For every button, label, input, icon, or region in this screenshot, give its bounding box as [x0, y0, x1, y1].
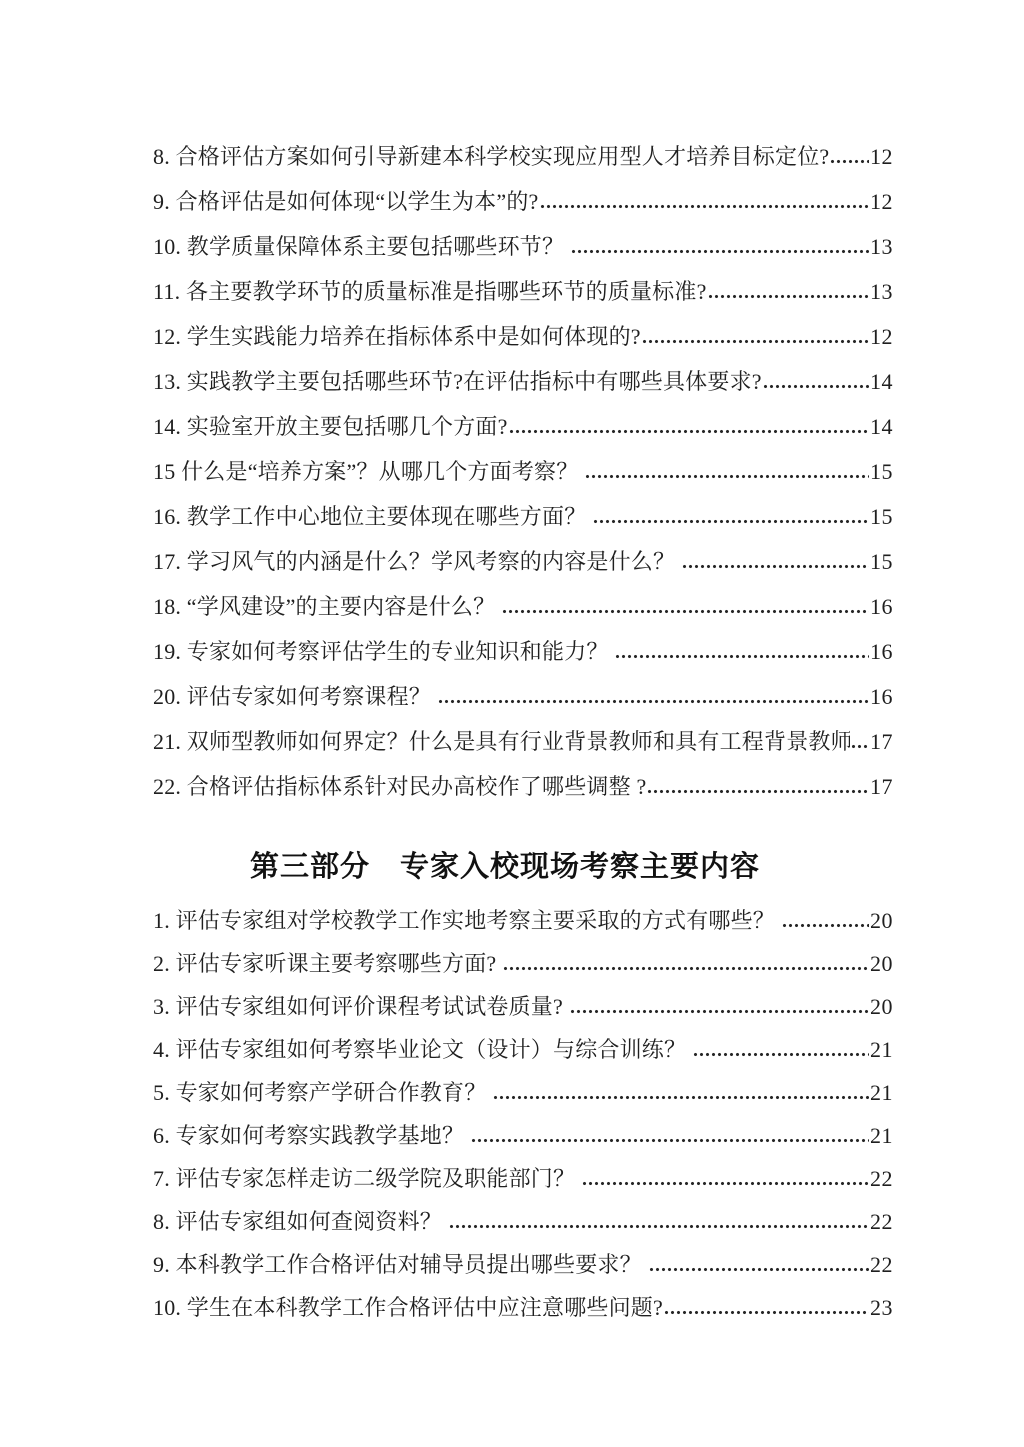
- toc-entry: 22. 合格评估指标体系针对民办高校作了哪些调整 ?17: [153, 753, 893, 798]
- toc-entry-page-number: 14: [870, 415, 893, 438]
- toc-entry-page-number: 16: [870, 685, 893, 708]
- toc-part2-list: 8. 合格评估方案如何引导新建本科学校实现应用型人才培养目标定位?129. 合格…: [153, 123, 893, 798]
- toc-entry: 13. 实践教学主要包括哪些环节?在评估指标中有哪些具体要求?14: [153, 348, 893, 393]
- dot-leader: [642, 339, 869, 344]
- dot-leader: [693, 1052, 869, 1057]
- toc-entry-title: 19. 专家如何考察评估学生的专业知识和能力？: [153, 640, 614, 663]
- dot-leader: [471, 1138, 869, 1143]
- toc-entry: 16. 教学工作中心地位主要体现在哪些方面？ 15: [153, 483, 893, 528]
- dot-leader: [851, 744, 869, 749]
- dot-leader: [708, 294, 869, 299]
- toc-entry-page-number: 21: [870, 1038, 893, 1061]
- toc-entry: 2. 评估专家听课主要考察哪些方面? 20: [153, 932, 893, 975]
- toc-entry-title: 8. 评估专家组如何查阅资料？: [153, 1210, 448, 1233]
- dot-leader: [540, 204, 870, 209]
- toc-entry-page-number: 22: [870, 1210, 893, 1233]
- dot-leader: [763, 384, 869, 389]
- dot-leader: [509, 429, 869, 434]
- toc-entry: 3. 评估专家组如何评价课程考试试卷质量? 20: [153, 975, 893, 1018]
- toc-entry-title: 3. 评估专家组如何评价课程考试试卷质量?: [153, 995, 569, 1018]
- toc-entry-page-number: 22: [870, 1253, 893, 1276]
- toc-entry: 9. 本科教学工作合格评估对辅导员提出哪些要求？ 22: [153, 1233, 893, 1276]
- dot-leader: [782, 923, 869, 928]
- toc-entry: 19. 专家如何考察评估学生的专业知识和能力？ 16: [153, 618, 893, 663]
- toc-entry-page-number: 23: [870, 1296, 893, 1319]
- toc-entry-page-number: 13: [870, 280, 893, 303]
- toc-entry: 9. 合格评估是如何体现“以学生为本”的?12: [153, 168, 893, 213]
- toc-entry: 21. 双师型教师如何界定？什么是具有行业背景教师和具有工程背景教师？17: [153, 708, 893, 753]
- toc-entry-page-number: 20: [870, 952, 893, 975]
- toc-entry-title: 2. 评估专家听课主要考察哪些方面?: [153, 952, 502, 975]
- toc-entry-page-number: 12: [870, 145, 893, 168]
- toc-entry-page-number: 15: [870, 505, 893, 528]
- toc-entry-title: 15 什么是“培养方案”？从哪几个方面考察？: [153, 460, 584, 483]
- toc-entry-title: 16. 教学工作中心地位主要体现在哪些方面？: [153, 505, 592, 528]
- toc-entry-title: 5. 专家如何考察产学研合作教育？: [153, 1081, 492, 1104]
- dot-leader: [502, 609, 869, 614]
- toc-entry-title: 8. 合格评估方案如何引导新建本科学校实现应用型人才培养目标定位?: [153, 145, 829, 168]
- toc-entry-page-number: 13: [870, 235, 893, 258]
- dot-leader: [493, 1095, 869, 1100]
- toc-entry: 18. “学风建设”的主要内容是什么？ 16: [153, 573, 893, 618]
- toc-entry: 12. 学生实践能力培养在指标体系中是如何体现的?12: [153, 303, 893, 348]
- toc-entry-page-number: 20: [870, 995, 893, 1018]
- toc-entry-title: 9. 合格评估是如何体现“以学生为本”的?: [153, 190, 539, 213]
- dot-leader: [593, 519, 869, 524]
- toc-entry-title: 22. 合格评估指标体系针对民办高校作了哪些调整 ?: [153, 775, 646, 798]
- toc-entry-title: 10. 学生在本科教学工作合格评估中应注意哪些问题?: [153, 1296, 663, 1319]
- toc-entry-page-number: 17: [870, 775, 893, 798]
- toc-entry-title: 17. 学习风气的内涵是什么？学风考察的内容是什么？: [153, 550, 681, 573]
- toc-entry: 7. 评估专家怎样走访二级学院及职能部门？ 22: [153, 1147, 893, 1190]
- toc-entry-title: 13. 实践教学主要包括哪些环节?在评估指标中有哪些具体要求?: [153, 370, 762, 393]
- dot-leader: [830, 159, 869, 164]
- dot-leader: [647, 789, 869, 794]
- toc-entry-title: 12. 学生实践能力培养在指标体系中是如何体现的?: [153, 325, 641, 348]
- toc-entry-title: 10. 教学质量保障体系主要包括哪些环节？: [153, 235, 570, 258]
- toc-entry-title: 6. 专家如何考察实践教学基地？: [153, 1124, 470, 1147]
- toc-entry-page-number: 15: [870, 460, 893, 483]
- dot-leader: [571, 249, 869, 254]
- dot-leader: [438, 699, 869, 704]
- toc-entry-title: 18. “学风建设”的主要内容是什么？: [153, 595, 501, 618]
- toc-entry-page-number: 16: [870, 640, 893, 663]
- toc-entry-title: 11. 各主要教学环节的质量标准是指哪些环节的质量标准?: [153, 280, 707, 303]
- toc-entry-title: 14. 实验室开放主要包括哪几个方面?: [153, 415, 508, 438]
- toc-entry-title: 7. 评估专家怎样走访二级学院及职能部门？: [153, 1167, 581, 1190]
- toc-part3-list: 1. 评估专家组对学校教学工作实地考察主要采取的方式有哪些？ 202. 评估专家…: [153, 889, 893, 1319]
- toc-entry-title: 21. 双师型教师如何界定？什么是具有行业背景教师和具有工程背景教师？: [153, 730, 850, 753]
- toc-entry-page-number: 16: [870, 595, 893, 618]
- toc-entry-title: 4. 评估专家组如何考察毕业论文（设计）与综合训练？: [153, 1038, 692, 1061]
- dot-leader: [449, 1224, 869, 1229]
- toc-entry: 17. 学习风气的内涵是什么？学风考察的内容是什么？ 15: [153, 528, 893, 573]
- toc-entry: 1. 评估专家组对学校教学工作实地考察主要采取的方式有哪些？ 20: [153, 889, 893, 932]
- dot-leader: [664, 1310, 869, 1315]
- toc-entry-page-number: 21: [870, 1124, 893, 1147]
- dot-leader: [585, 474, 869, 479]
- toc-entry-page-number: 12: [870, 325, 893, 348]
- toc-entry: 20. 评估专家如何考察课程？ 16: [153, 663, 893, 708]
- toc-entry: 15 什么是“培养方案”？从哪几个方面考察？ 15: [153, 438, 893, 483]
- toc-entry-page-number: 21: [870, 1081, 893, 1104]
- toc-entry: 10. 学生在本科教学工作合格评估中应注意哪些问题?23: [153, 1276, 893, 1319]
- toc-entry: 5. 专家如何考察产学研合作教育？ 21: [153, 1061, 893, 1104]
- toc-entry-title: 9. 本科教学工作合格评估对辅导员提出哪些要求？: [153, 1253, 648, 1276]
- document-page: 8. 合格评估方案如何引导新建本科学校实现应用型人才培养目标定位?129. 合格…: [0, 0, 1024, 1447]
- dot-leader: [615, 654, 869, 659]
- dot-leader: [682, 564, 869, 569]
- toc-entry-page-number: 15: [870, 550, 893, 573]
- toc-entry-title: 1. 评估专家组对学校教学工作实地考察主要采取的方式有哪些？: [153, 909, 781, 932]
- toc-entry: 14. 实验室开放主要包括哪几个方面?14: [153, 393, 893, 438]
- toc-entry: 6. 专家如何考察实践教学基地？ 21: [153, 1104, 893, 1147]
- toc-entry: 8. 合格评估方案如何引导新建本科学校实现应用型人才培养目标定位?12: [153, 123, 893, 168]
- dot-leader: [503, 966, 869, 971]
- toc-entry-page-number: 20: [870, 909, 893, 932]
- toc-entry-title: 20. 评估专家如何考察课程？: [153, 685, 437, 708]
- dot-leader: [570, 1009, 869, 1014]
- toc-entry: 4. 评估专家组如何考察毕业论文（设计）与综合训练？ 21: [153, 1018, 893, 1061]
- toc-entry: 11. 各主要教学环节的质量标准是指哪些环节的质量标准?13: [153, 258, 893, 303]
- dot-leader: [582, 1181, 869, 1186]
- toc-entry-page-number: 17: [870, 730, 893, 753]
- toc-entry: 10. 教学质量保障体系主要包括哪些环节？ 13: [153, 213, 893, 258]
- toc-entry-page-number: 14: [870, 370, 893, 393]
- dot-leader: [649, 1267, 869, 1272]
- toc-entry: 8. 评估专家组如何查阅资料？ 22: [153, 1190, 893, 1233]
- toc-entry-page-number: 12: [870, 190, 893, 213]
- toc-entry-page-number: 22: [870, 1167, 893, 1190]
- part3-section-heading: 第三部分 专家入校现场考察主要内容: [135, 849, 875, 883]
